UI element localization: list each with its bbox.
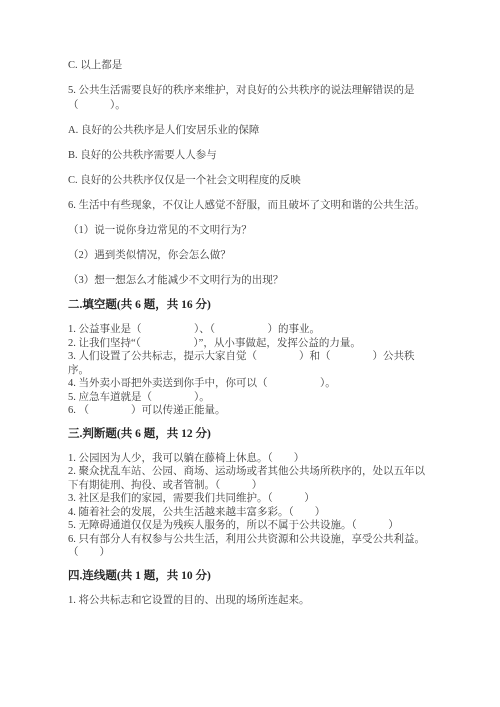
fill-item-5: 5. 应急车道就是（ ）。 xyxy=(68,391,442,405)
judge-item-5: 5. 无障碍通道仅仅是为残疾人服务的，所以不属于公共设施。（ ） xyxy=(68,519,442,533)
judge-item-6: 6. 只有部分人有权参与公共生活，利用公共资源和公共设施，享受公共利益。 （ ） xyxy=(68,533,442,560)
question-6-subquestion-2: （2）遇到类似情况，你会怎么做？ xyxy=(68,248,442,263)
fill-item-3: 3. 人们设置了公共标志，提示大家自觉（ ）和（ ）公共秩 序。 xyxy=(68,350,442,377)
question-5-text: 5. 公共生活需要良好的秩序来维护，对良好的公共秩序的说法理解错误的是 （ ）。 xyxy=(68,83,442,113)
matching-section: 四.连线题(共 1 题，共 10 分) 1. 将公共标志和它设置的目的、出现的场… xyxy=(68,569,442,608)
fill-item-6: 6. （ ）可以传递正能量。 xyxy=(68,404,442,418)
question-5-option-a: A. 良好的公共秩序是人们安居乐业的保障 xyxy=(68,123,442,138)
fill-in-blank-section-heading: 二.填空题(共 6 题，共 16 分) xyxy=(68,298,442,313)
previous-question-option-c: C. 以上都是 xyxy=(68,58,442,73)
judge-item-3: 3. 社区是我们的家园，需要我们共同维护。（ ） xyxy=(68,492,442,506)
question-6-subquestion-1: （1）说一说你身边常见的不文明行为？ xyxy=(68,223,442,238)
fill-item-1: 1. 公益事业是（ ）、（ ）的事业。 xyxy=(68,323,442,337)
true-false-section: 三.判断题(共 6 题，共 12 分) 1. 公园因为人少，我可以躺在藤椅上休息… xyxy=(68,427,442,560)
fill-in-blank-section: 二.填空题(共 6 题，共 16 分) 1. 公益事业是（ ）、（ ）的事业。 … xyxy=(68,298,442,418)
choice-section: C. 以上都是 5. 公共生活需要良好的秩序来维护，对良好的公共秩序的说法理解错… xyxy=(68,58,442,288)
judge-item-4: 4. 随着社会的发展，公共生活越来越丰富多彩。（ ） xyxy=(68,506,442,520)
question-6-text: 6. 生活中有些现象，不仅让人感觉不舒服，而且破坏了文明和谐的公共生活。 xyxy=(68,198,442,213)
judge-item-1: 1. 公园因为人少，我可以躺在藤椅上休息。（ ） xyxy=(68,452,442,466)
question-5-option-c: C. 良好的公共秩序仅仅是一个社会文明程度的反映 xyxy=(68,173,442,188)
fill-item-4: 4. 当外卖小哥把外卖送到你手中，你可以（ ）。 xyxy=(68,377,442,391)
question-5-option-b: B. 良好的公共秩序需要人人参与 xyxy=(68,148,442,163)
fill-item-2: 2. 让我们坚持“（ ）”，从小事做起，发挥公益的力量。 xyxy=(68,337,442,351)
question-6-subquestion-3: （3）想一想怎么才能减少不文明行为的出现？ xyxy=(68,273,442,288)
matching-item-1: 1. 将公共标志和它设置的目的、出现的场所连起来。 xyxy=(68,594,442,608)
matching-section-heading: 四.连线题(共 1 题，共 10 分) xyxy=(68,569,442,584)
judge-item-2: 2. 聚众扰乱车站、公园、商场、运动场或者其他公共场所秩序的，处以五年以 下有期… xyxy=(68,465,442,492)
true-false-section-heading: 三.判断题(共 6 题，共 12 分) xyxy=(68,427,442,442)
exam-paper-page: C. 以上都是 5. 公共生活需要良好的秩序来维护，对良好的公共秩序的说法理解错… xyxy=(0,0,500,707)
